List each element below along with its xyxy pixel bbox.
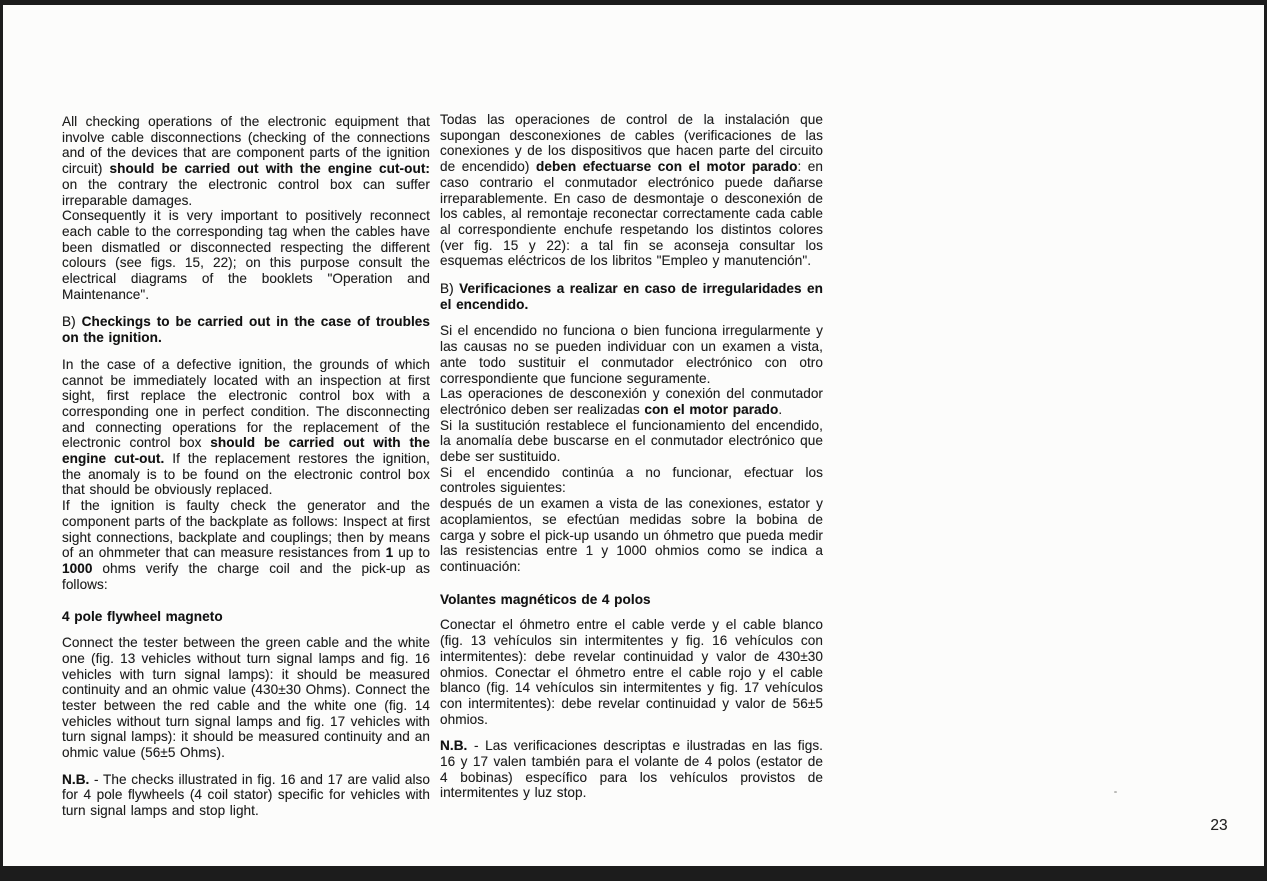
scanned-manual-page: All checking operations of the electroni… <box>3 5 1264 866</box>
page-number: 23 <box>1189 817 1249 835</box>
note-es-nb: N.B. - Las verificaciones descriptas e i… <box>440 738 823 801</box>
note-en-nb: N.B. - The checks illustrated in fig. 16… <box>62 772 430 819</box>
paragraph-en-defective-ignition: In the case of a defective ignition, the… <box>62 357 430 498</box>
paragraph-es-no-funciona: Si el encendido no funciona o bien funci… <box>440 323 823 386</box>
section-heading-es-verificaciones: B) Verificaciones a realizar en caso de … <box>440 281 823 312</box>
paragraph-en-reconnect: Consequently it is very important to pos… <box>62 208 430 302</box>
subheading-es-volantes: Volantes magnéticos de 4 polos <box>440 592 823 608</box>
paragraph-en-tester: Connect the tester between the green cab… <box>62 635 430 761</box>
section-heading-en-checkings: B) Checkings to be carried out in the ca… <box>62 314 430 345</box>
paragraph-es-ohmetro: Conectar el óhmetro entre el cable verde… <box>440 617 823 727</box>
spanish-column: Todas las operaciones de control de la i… <box>440 112 823 801</box>
scan-speck <box>1114 791 1117 793</box>
paragraph-es-desconexion: Las operaciones de desconexión y conexió… <box>440 386 823 417</box>
paragraph-es-examen: después de un examen a vista de las cone… <box>440 496 823 575</box>
english-column: All checking operations of the electroni… <box>62 114 430 819</box>
paragraph-en-faulty-check: If the ignition is faulty check the gene… <box>62 498 430 592</box>
paragraph-es-sustitucion: Si la sustitución restablece el funciona… <box>440 418 823 465</box>
paragraph-es-controles: Si el encendido continúa a no funcionar,… <box>440 465 823 496</box>
subheading-en-4-pole-magneto: 4 pole flywheel magneto <box>62 609 430 625</box>
paragraph-en-intro: All checking operations of the electroni… <box>62 114 430 208</box>
paragraph-es-intro: Todas las operaciones de control de la i… <box>440 112 823 269</box>
